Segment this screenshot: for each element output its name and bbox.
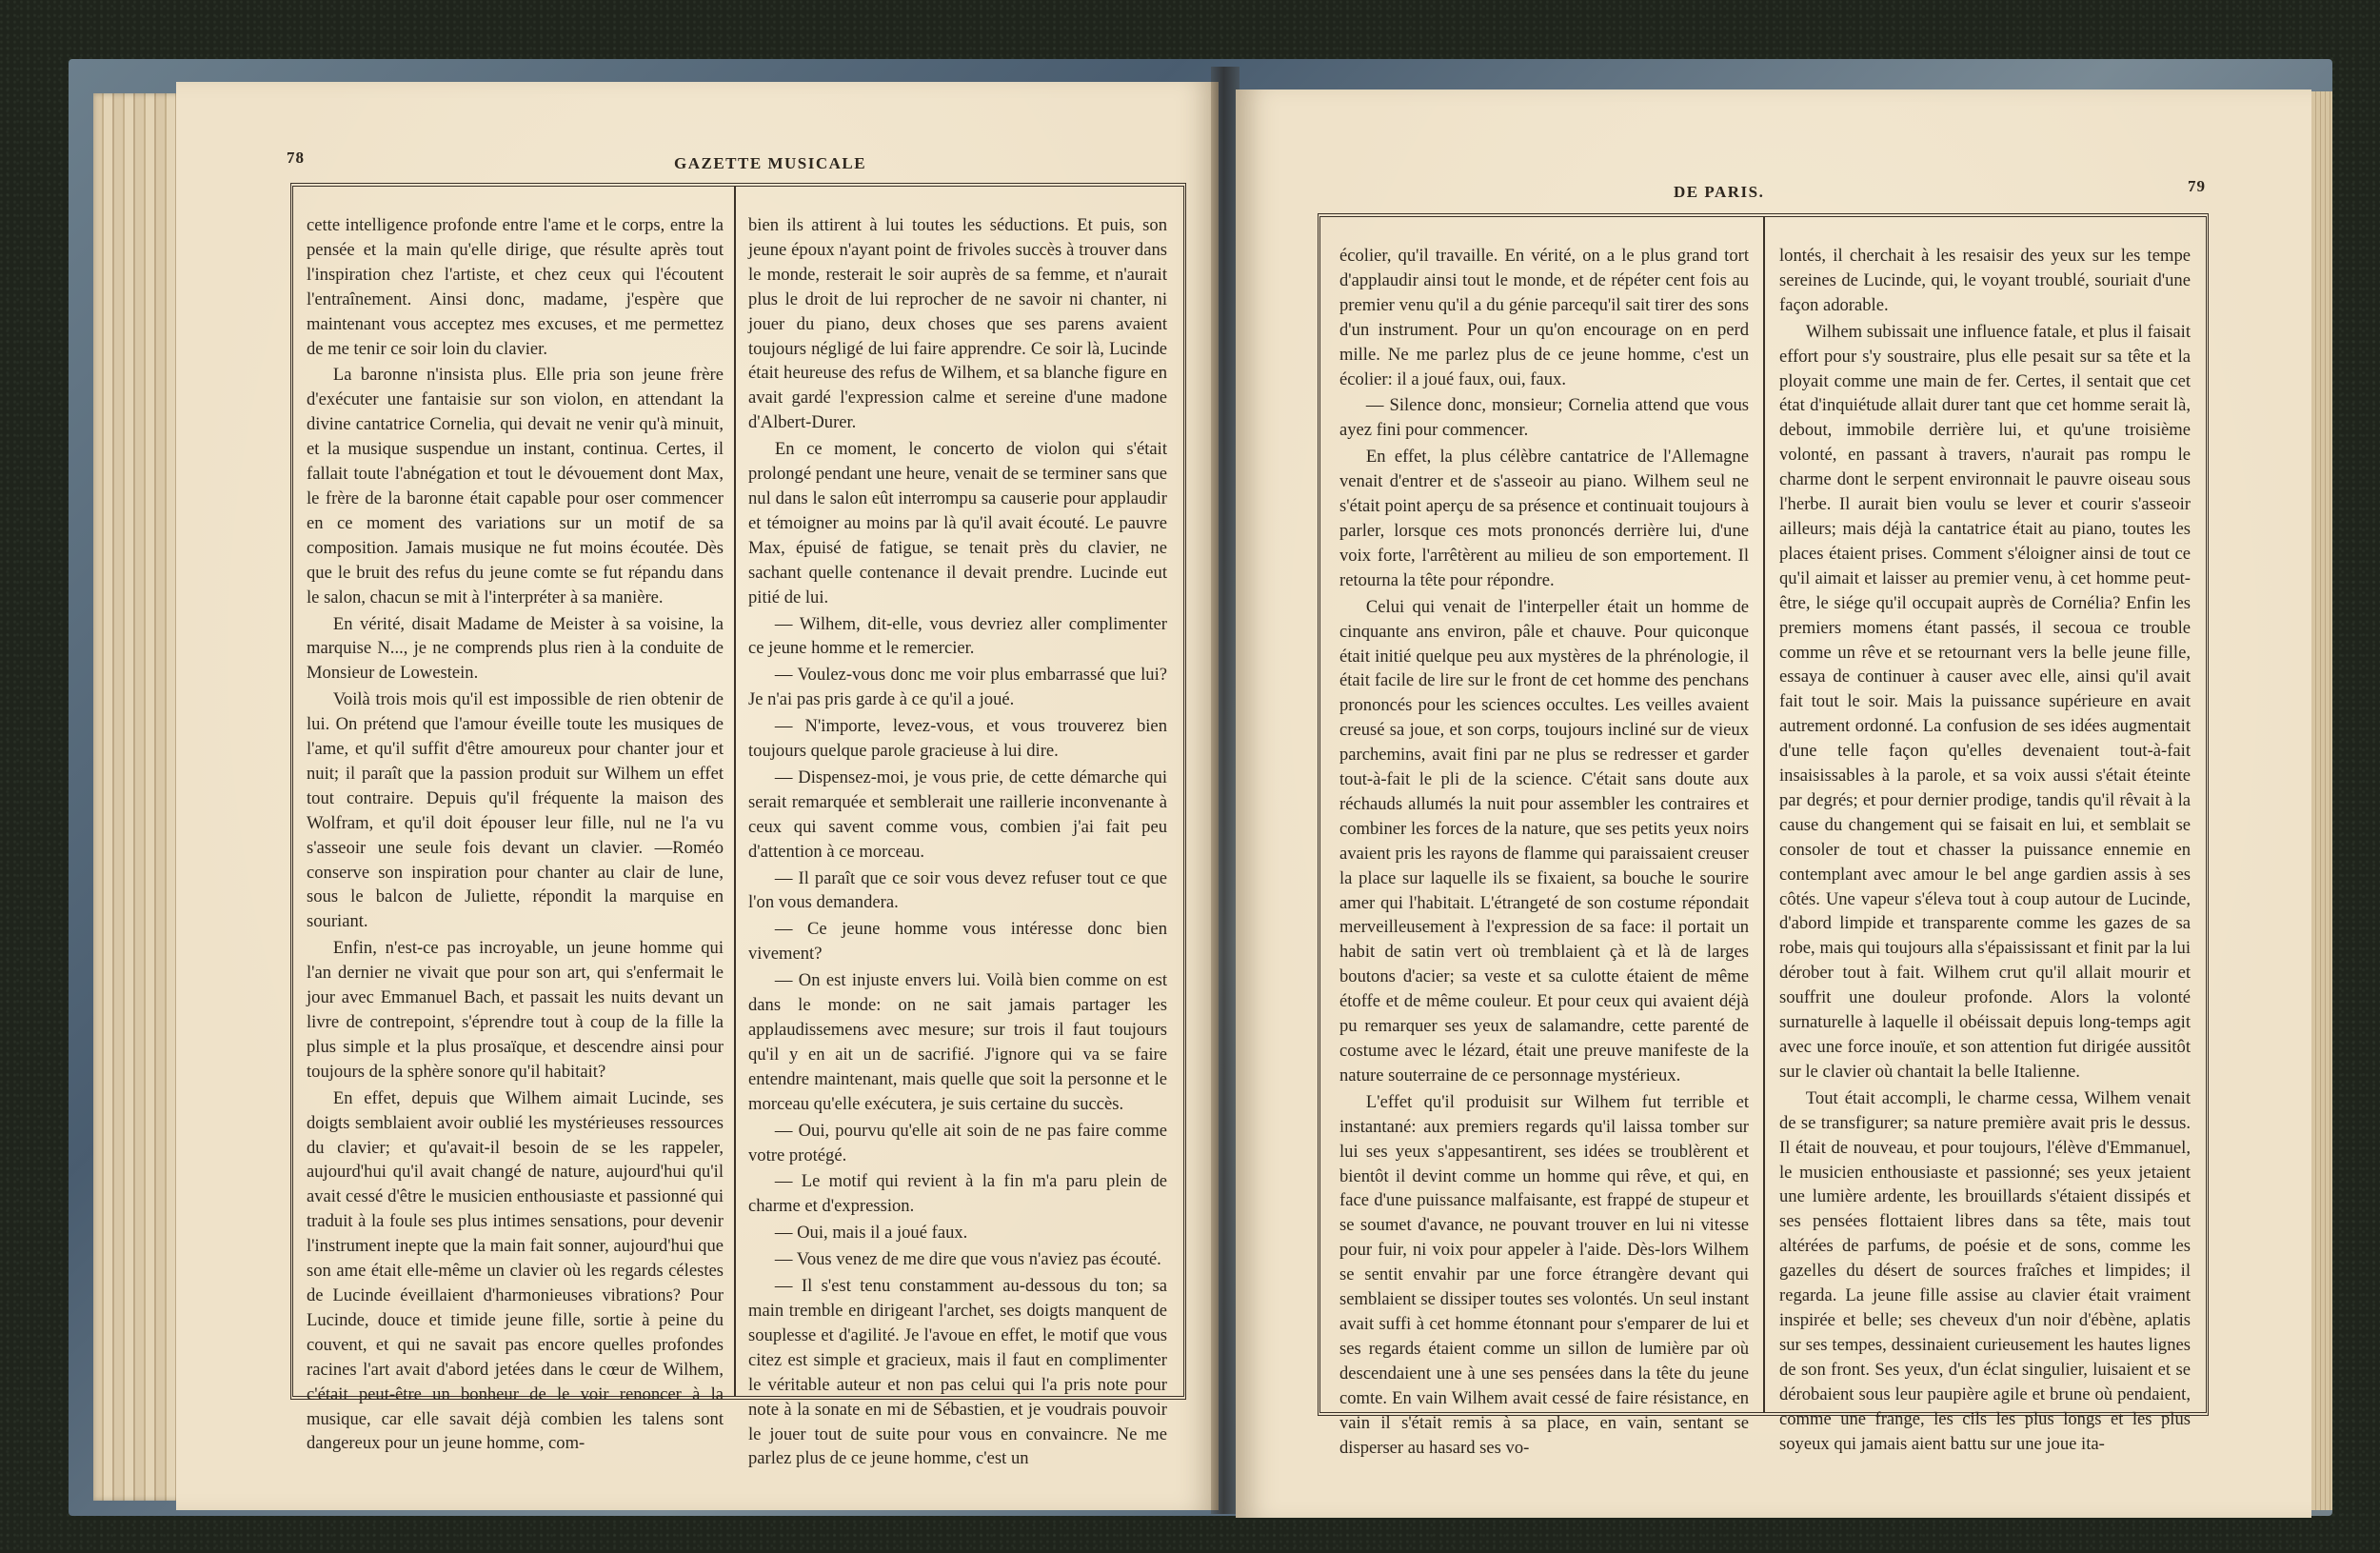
paragraph: cette intelligence profonde entre l'ame … (307, 213, 724, 361)
text-column-1: écolier, qu'il travaille. En vérité, on … (1339, 244, 1749, 1460)
paragraph: — Le motif qui revient à la fin m'a paru… (748, 1169, 1167, 1219)
paragraph: — On est injuste envers lui. Voilà bien … (748, 968, 1167, 1116)
running-head: DE PARIS. (1674, 183, 1764, 202)
paragraph: En effet, depuis que Wilhem aimait Lucin… (307, 1086, 724, 1457)
text-frame: écolier, qu'il travaille. En vérité, on … (1318, 213, 2209, 1416)
paragraph: — Ce jeune homme vous intéresse donc bie… (748, 917, 1167, 966)
page-number: 79 (2188, 177, 2206, 196)
column-divider (734, 187, 736, 1396)
paragraph: — N'importe, levez-vous, et vous trouver… (748, 714, 1167, 764)
text-column-1: cette intelligence profonde entre l'ame … (307, 213, 724, 1456)
paragraph: Wilhem subissait une influence fatale, e… (1779, 320, 2191, 1085)
left-page: 78 GAZETTE MUSICALE cette intelligence p… (176, 82, 1219, 1510)
paragraph: L'effet qu'il produisit sur Wilhem fut t… (1339, 1090, 1749, 1461)
paragraph: En ce moment, le concerto de violon qui … (748, 437, 1167, 609)
paragraph: — Il paraît que ce soir vous devez refus… (748, 866, 1167, 916)
paragraph: — Vous venez de me dire que vous n'aviez… (748, 1247, 1167, 1272)
paragraph: En vérité, disait Madame de Meister à sa… (307, 612, 724, 687)
paragraph: — Dispensez-moi, je vous prie, de cette … (748, 766, 1167, 865)
paragraph: En effet, la plus célèbre cantatrice de … (1339, 445, 1749, 592)
page-stack-edge (93, 93, 184, 1501)
paragraph: bien ils attirent à lui toutes les séduc… (748, 213, 1167, 435)
paragraph: — Wilhem, dit-elle, vous devriez aller c… (748, 612, 1167, 662)
running-head: GAZETTE MUSICALE (674, 154, 866, 173)
paragraph: — Voulez-vous donc me voir plus embarras… (748, 663, 1167, 712)
text-column-2: lontés, il cherchait à les resaisir des … (1779, 244, 2191, 1456)
paragraph: écolier, qu'il travaille. En vérité, on … (1339, 244, 1749, 391)
paragraph: Enfin, n'est-ce pas incroyable, un jeune… (307, 936, 724, 1084)
page-stack-edge-right (2311, 91, 2332, 1510)
paragraph: — Silence donc, monsieur; Cornelia atten… (1339, 393, 1749, 443)
paragraph: Voilà trois mois qu'il est impossible de… (307, 687, 724, 934)
paragraph: Tout était accompli, le charme cessa, Wi… (1779, 1086, 2191, 1457)
column-divider (1763, 217, 1765, 1412)
paragraph: — Oui, mais il a joué faux. (748, 1221, 1167, 1245)
right-page: DE PARIS. 79 écolier, qu'il travaille. E… (1236, 90, 2311, 1518)
paragraph: lontés, il cherchait à les resaisir des … (1779, 244, 2191, 318)
paragraph: Celui qui venait de l'interpeller était … (1339, 595, 1749, 1088)
paragraph: — Oui, pourvu qu'elle ait soin de ne pas… (748, 1119, 1167, 1168)
paragraph: — Il s'est tenu constamment au-dessous d… (748, 1274, 1167, 1471)
paragraph: La baronne n'insista plus. Elle pria son… (307, 363, 724, 609)
text-column-2: bien ils attirent à lui toutes les séduc… (748, 213, 1167, 1471)
text-frame: cette intelligence profonde entre l'ame … (290, 183, 1186, 1400)
page-number: 78 (287, 149, 305, 168)
